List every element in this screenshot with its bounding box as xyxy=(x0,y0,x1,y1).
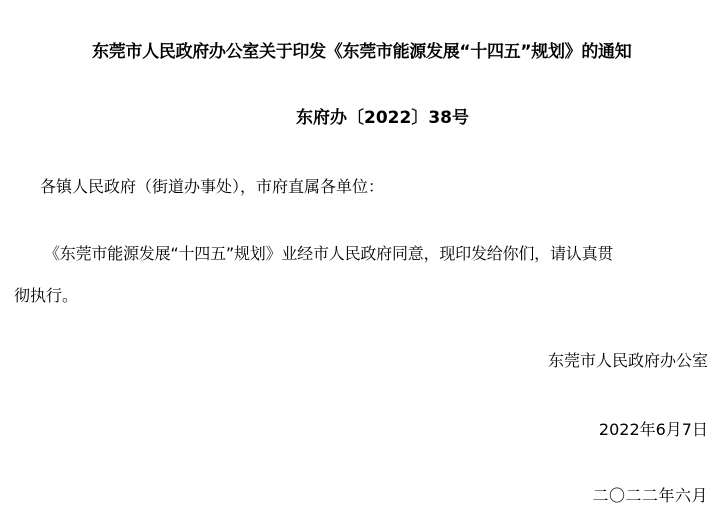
issue-date-chinese: 二〇二二年六月 xyxy=(592,484,708,508)
issue-date: 2022年6月7日 xyxy=(599,418,708,442)
issuer-signature: 东莞市人民政府办公室 xyxy=(548,349,708,373)
body-paragraph-line-1: 《东莞市能源发展“十四五”规划》业经市人民政府同意，现印发给你们，请认真贯 xyxy=(44,242,613,266)
document-title: 东莞市人民政府办公室关于印发《东莞市能源发展“十四五”规划》的通知 xyxy=(92,40,692,64)
document-number: 东府办〔2022〕38号 xyxy=(0,106,725,130)
document-page: 东莞市人民政府办公室关于印发《东莞市能源发展“十四五”规划》的通知 东府办〔20… xyxy=(0,0,725,529)
body-paragraph-line-2: 彻执行。 xyxy=(14,284,78,308)
salutation: 各镇人民政府（街道办事处），市府直属各单位： xyxy=(40,175,384,199)
